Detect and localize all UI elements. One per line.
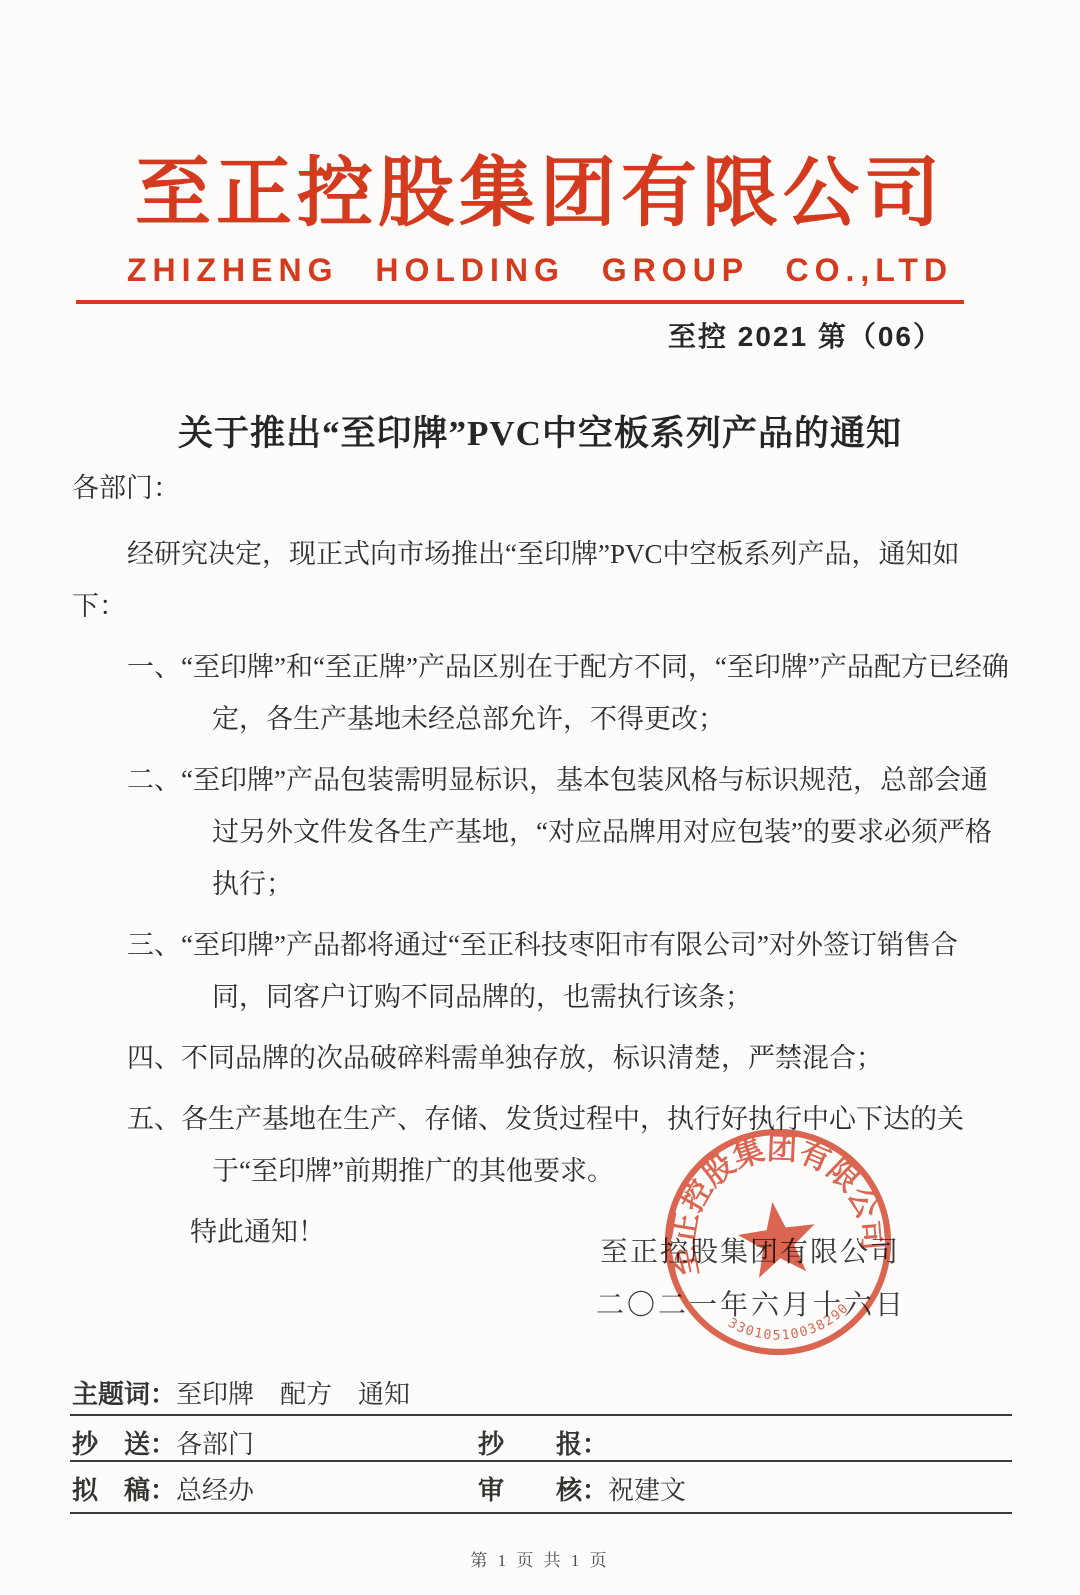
list-item-number: 一、	[127, 652, 181, 682]
draft-value: 总经办	[176, 1476, 254, 1505]
draft-row: 拟 稿：总经办	[72, 1470, 254, 1507]
list-item-text: 不同品牌的次品破碎料需单独存放，标识清楚，严禁混合；	[181, 1043, 883, 1073]
list-item: 四、不同品牌的次品破碎料需单独存放，标识清楚，严禁混合；	[72, 1032, 1010, 1084]
draft-label: 拟 稿：	[72, 1475, 176, 1505]
document-number: 至控 2021 第（06）	[668, 315, 943, 355]
signature-company: 至正控股集团有限公司	[600, 1230, 900, 1270]
intro-paragraph: 经研究决定，现正式向市场推出“至印牌”PVC中空板系列产品，通知如下：	[72, 528, 1010, 632]
cc-row: 抄 送：各部门	[72, 1424, 254, 1461]
letterhead-divider-rule	[76, 300, 964, 304]
footer-divider	[70, 1414, 1012, 1416]
list-item-text: “至印牌”产品都将通过“至正科技枣阳市有限公司”对外签订销售合同，同客户订购不同…	[181, 930, 958, 1012]
subject-value: 至印牌 配方 通知	[176, 1380, 410, 1409]
subject-row: 主题词：至印牌 配方 通知	[72, 1374, 410, 1411]
list-item-text: “至印牌”和“至正牌”产品区别在于配方不同，“至印牌”产品配方已经确定，各生产基…	[181, 652, 1009, 734]
page-number: 第 1 页 共 1 页	[0, 1546, 1080, 1571]
list-item: 二、“至印牌”产品包装需明显标识，基本包装风格与标识规范，总部会通过另外文件发各…	[72, 754, 1010, 910]
list-item-number: 三、	[127, 930, 181, 960]
footer-divider	[70, 1512, 1012, 1514]
salutation: 各部门：	[72, 462, 1010, 514]
list-item-text: 各生产基地在生产、存储、发货过程中，执行好执行中心下达的关于“至印牌”前期推广的…	[181, 1104, 964, 1186]
list-item: 五、各生产基地在生产、存储、发货过程中，执行好执行中心下达的关于“至印牌”前期推…	[72, 1093, 1010, 1197]
list-item-text: “至印牌”产品包装需明显标识，基本包装风格与标识规范，总部会通过另外文件发各生产…	[181, 765, 992, 899]
cb-row: 抄 报：	[478, 1424, 608, 1461]
list-item: 三、“至印牌”产品都将通过“至正科技枣阳市有限公司”对外签订销售合同，同客户订购…	[72, 919, 1010, 1023]
notice-body: 各部门： 经研究决定，现正式向市场推出“至印牌”PVC中空板系列产品，通知如下：…	[72, 462, 1010, 1258]
signature-date: 二〇二一年六月十六日	[596, 1283, 906, 1323]
review-row: 审 核：祝建文	[478, 1470, 686, 1507]
cc-value: 各部门	[176, 1430, 254, 1459]
document-page: 至正控股集团有限公司 ZHIZHENG HOLDING GROUP CO.,LT…	[0, 0, 1080, 1595]
review-value: 祝建文	[608, 1476, 686, 1505]
footer-divider	[70, 1460, 1012, 1462]
letterhead-company-name-cn: 至正控股集团有限公司	[0, 152, 1080, 236]
list-item: 一、“至印牌”和“至正牌”产品区别在于配方不同，“至印牌”产品配方已经确定，各生…	[72, 641, 1010, 745]
letterhead-company-name-en: ZHIZHENG HOLDING GROUP CO.,LTD	[0, 252, 1080, 289]
list-item-number: 二、	[127, 765, 181, 795]
notice-title: 关于推出“至印牌”PVC中空板系列产品的通知	[0, 406, 1080, 456]
list-item-number: 五、	[127, 1104, 181, 1134]
cc-label: 抄 送：	[72, 1429, 176, 1459]
cb-label: 抄 报：	[478, 1429, 608, 1459]
subject-label: 主题词：	[72, 1379, 176, 1409]
review-label: 审 核：	[478, 1475, 608, 1505]
list-item-number: 四、	[127, 1043, 181, 1073]
